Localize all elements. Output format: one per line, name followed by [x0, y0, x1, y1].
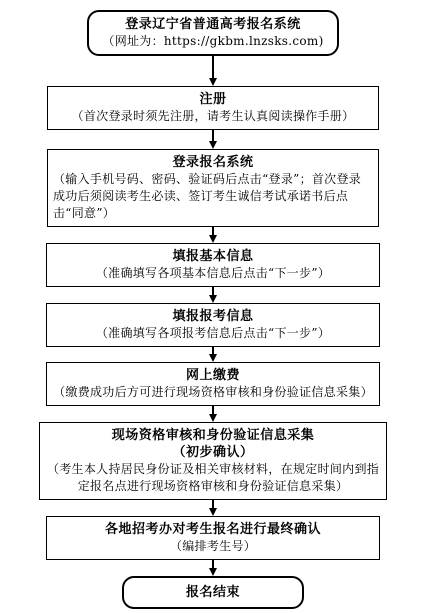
flowchart-canvas: 登录辽宁省普通高考报名系统 （网址为：https://gkbm.lnzsks.c…: [0, 0, 426, 613]
node-body: （准确填写各项报考信息后点击“下一步”）: [52, 325, 374, 342]
node-title: 填报报考信息: [52, 308, 374, 325]
down-arrow-icon: [209, 500, 217, 516]
arrow-shaft: [212, 406, 214, 414]
arrow-head: [209, 235, 217, 243]
flow-node-basic-info: 填报基本信息 （准确填写各项基本信息后点击“下一步”）: [46, 243, 380, 287]
node-body: （考生本人持居民身份证及相关审核材料，在规定时间内到指定报名点进行现场资格审核和…: [45, 461, 381, 495]
arrow-head: [209, 568, 217, 576]
arrow-shaft: [212, 130, 214, 141]
node-title: 注册: [53, 91, 373, 108]
node-subtitle: （初步确认）: [45, 444, 381, 461]
node-body-url: （网址为：https://gkbm.lnzsks.com): [94, 33, 332, 50]
node-body: （首次登录时须先注册，请考生认真阅读操作手册）: [53, 108, 373, 125]
node-title: 登录报名系统: [53, 154, 373, 171]
node-title: 报名结束: [129, 584, 297, 601]
node-body: （准确填写各项基本信息后点击“下一步”）: [52, 265, 374, 282]
arrow-head: [209, 295, 217, 303]
down-arrow-icon: [209, 56, 217, 86]
node-title: 现场资格审核和身份验证信息采集: [45, 427, 381, 444]
arrow-shaft: [212, 500, 214, 508]
node-body: （编排考生号）: [52, 538, 374, 555]
flow-node-login-portal: 登录辽宁省普通高考报名系统 （网址为：https://gkbm.lnzsks.c…: [87, 10, 339, 56]
flow-node-online-payment: 网上缴费 （缴费成功后方可进行现场资格审核和身份验证信息采集）: [46, 362, 380, 406]
flow-node-login: 登录报名系统 （输入手机号码、密码、验证码后点击“登录”；首次登录成功后须阅读考…: [47, 149, 379, 227]
down-arrow-icon: [209, 347, 217, 362]
flow-node-register: 注册 （首次登录时须先注册，请考生认真阅读操作手册）: [47, 86, 379, 130]
arrow-head: [209, 141, 217, 149]
flow-node-final-confirmation: 各地招考办对考生报名进行最终确认 （编排考生号）: [46, 516, 380, 560]
down-arrow-icon: [209, 560, 217, 576]
node-title: 登录辽宁省普通高考报名系统: [94, 16, 332, 33]
node-body: （缴费成功后方可进行现场资格审核和身份验证信息采集）: [52, 384, 374, 401]
down-arrow-icon: [209, 406, 217, 422]
down-arrow-icon: [209, 227, 217, 243]
arrow-shaft: [212, 56, 214, 78]
node-title: 网上缴费: [52, 367, 374, 384]
arrow-head: [209, 414, 217, 422]
arrow-head: [209, 78, 217, 86]
down-arrow-icon: [209, 130, 217, 149]
flow-node-exam-info: 填报报考信息 （准确填写各项报考信息后点击“下一步”）: [46, 303, 380, 347]
arrow-shaft: [212, 347, 214, 354]
node-title: 各地招考办对考生报名进行最终确认: [52, 521, 374, 538]
arrow-shaft: [212, 287, 214, 295]
down-arrow-icon: [209, 287, 217, 303]
node-body: （输入手机号码、密码、验证码后点击“登录”；首次登录成功后须阅读考生必读、签订考…: [53, 171, 373, 222]
flow-node-end: 报名结束: [122, 576, 304, 609]
arrow-shaft: [212, 560, 214, 568]
arrow-head: [209, 508, 217, 516]
node-title: 填报基本信息: [52, 248, 374, 265]
arrow-head: [209, 354, 217, 362]
flow-node-onsite-verification: 现场资格审核和身份验证信息采集 （初步确认） （考生本人持居民身份证及相关审核材…: [39, 422, 387, 500]
arrow-shaft: [212, 227, 214, 235]
